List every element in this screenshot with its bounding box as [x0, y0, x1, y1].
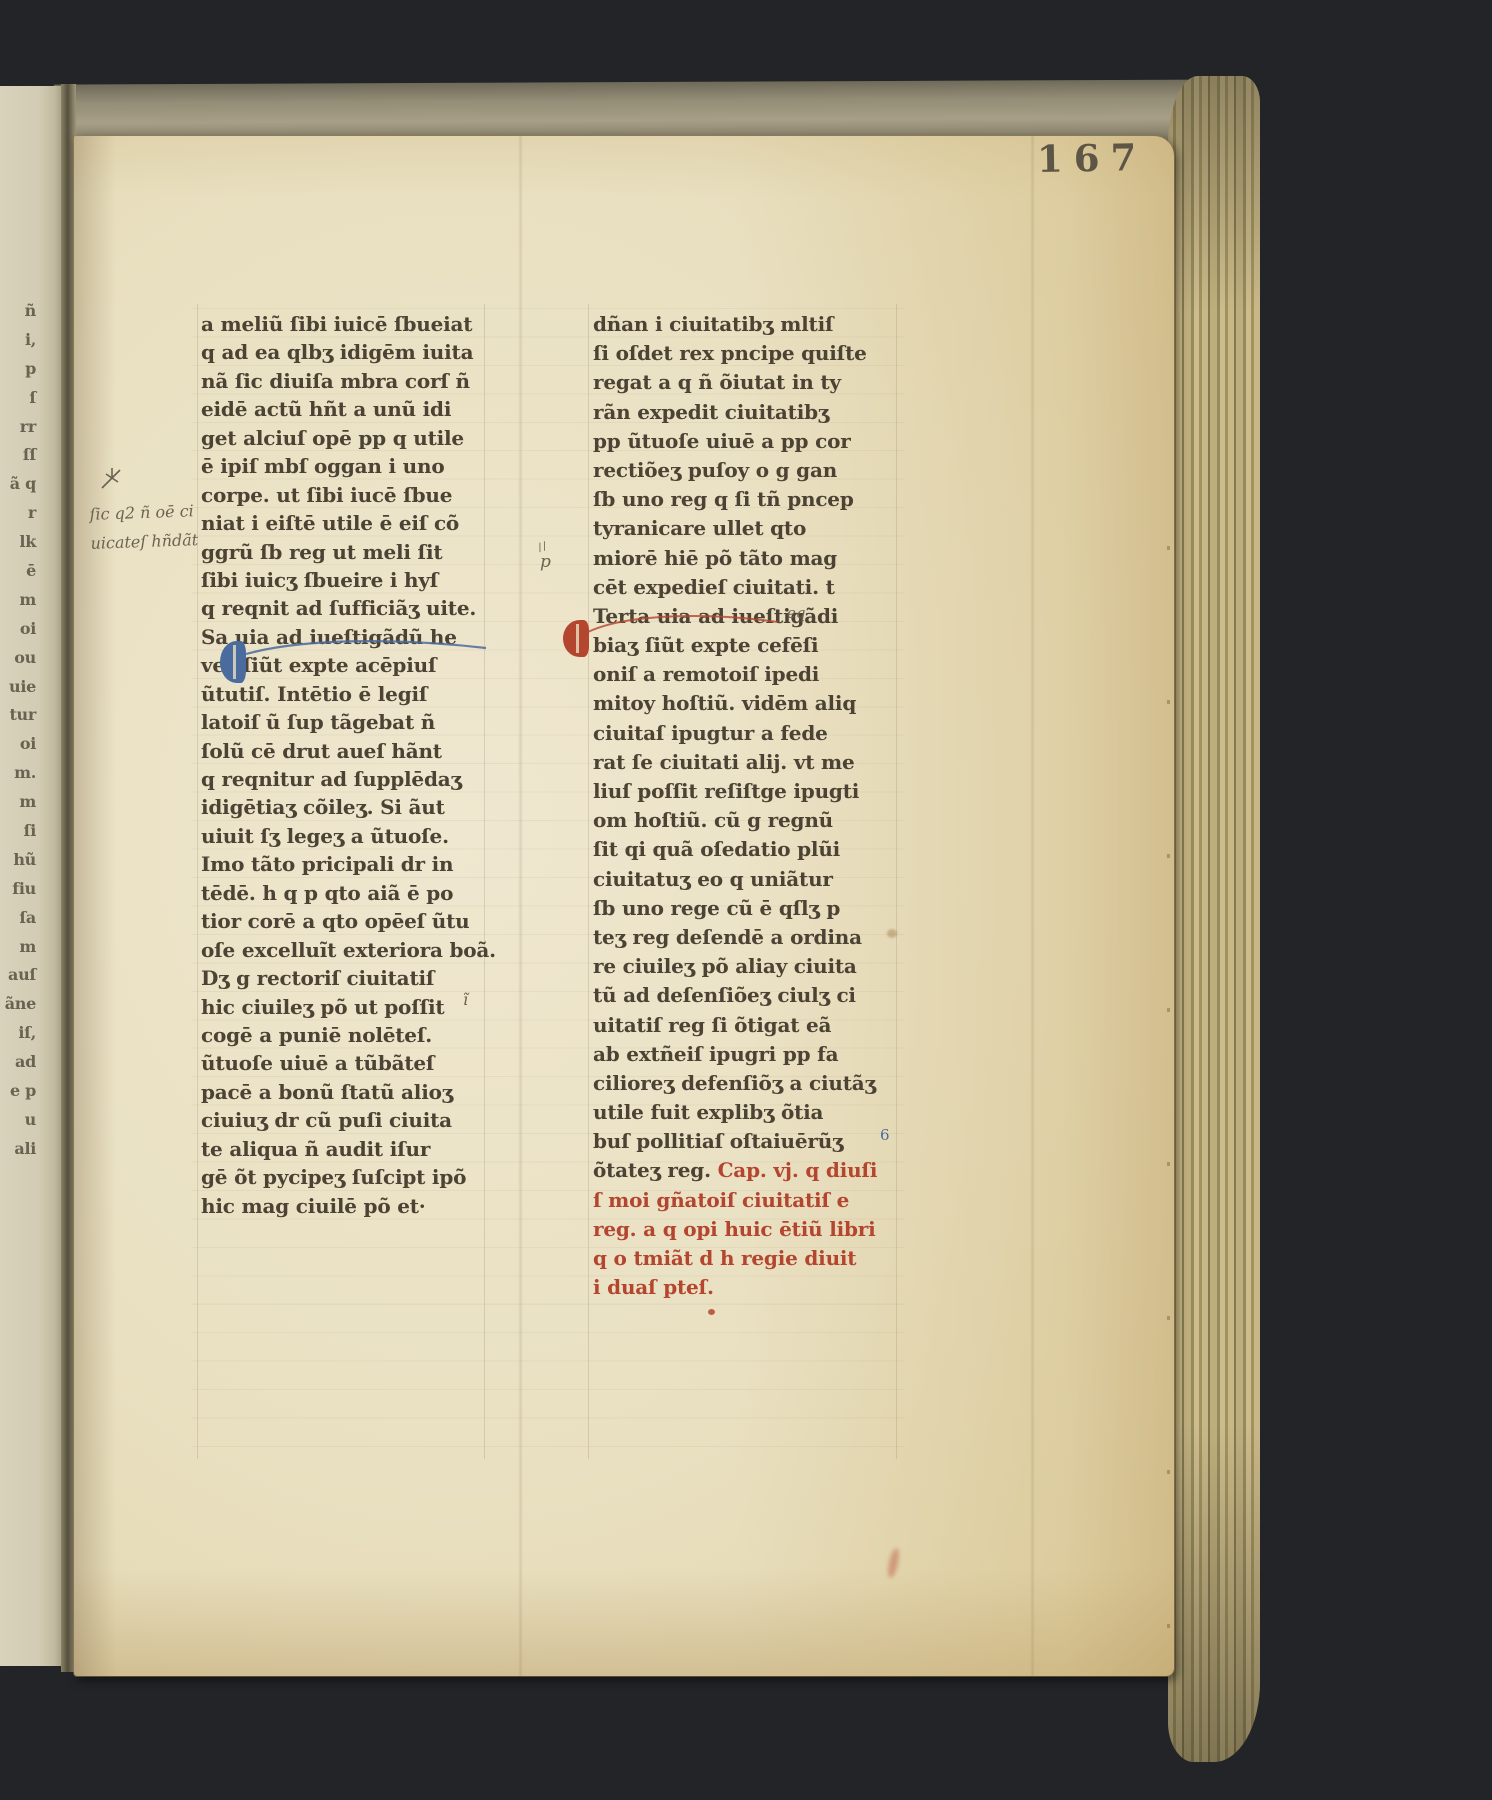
- manuscript-text-segment: oniſ a remotoiſ ipedi: [593, 662, 819, 686]
- manuscript-line: q reqnitur ad ſupplēdaʒ: [201, 767, 506, 795]
- manuscript-line: oſe excelluĩt exteriora boã.: [201, 938, 506, 966]
- manuscript-line: corpe. ut ſibi iucē ſbue: [201, 483, 506, 511]
- manuscript-text-segment: re ciuileʒ põ aliay ciuita: [593, 954, 857, 978]
- manuscript-line: teʒ reg deſendē a ordina: [593, 925, 908, 954]
- manuscript-text-segment: cēt expedieſ ciuitati. t: [593, 575, 835, 599]
- manuscript-line: ē ipiſ mbſ oggan i uno: [201, 454, 506, 482]
- manuscript-line: regat a q ñ õiutat in ty: [593, 370, 908, 399]
- manuscript-text-segment: pacē a bonũ ſtatũ alioʒ: [201, 1080, 453, 1104]
- facing-page-fragment: m: [0, 792, 36, 821]
- manuscript-text-segment: ciuiuʒ dr cũ puſi ciuita: [201, 1108, 452, 1132]
- margin-flourish-mark: [98, 466, 126, 496]
- facing-page-fragment: ñ: [0, 301, 36, 330]
- facing-page-sliver: ñi,pſrrſſã qrlkēmoiouuieturoim.mſihũfiuſ…: [0, 86, 64, 1666]
- manuscript-line: tior corē a qto opēeſ ũtu: [201, 909, 506, 937]
- facing-page-fragment: oi: [0, 619, 36, 648]
- manuscript-text-segment: q reqnit ad ſufficiãʒ uite.: [201, 596, 476, 620]
- manuscript-text-segment: regat a q ñ õiutat in ty: [593, 370, 841, 394]
- manuscript-line: tyranicare ullet qto: [593, 516, 908, 545]
- manuscript-line: tēdē. h q p qto aiã ē po: [201, 881, 506, 909]
- manuscript-text-segment: q o tmiãt d h regie diuit: [593, 1246, 856, 1270]
- parchment-fold-left: [518, 136, 523, 1676]
- facing-page-fragment: ali: [0, 1139, 36, 1168]
- manuscript-text-segment: Imo tãto pricipali dr in: [201, 852, 453, 876]
- manuscript-text-segment: cilioreʒ defenſiõʒ a ciutãʒ: [593, 1071, 876, 1095]
- manuscript-text-segment: cogē a puniē nolēteſ.: [201, 1023, 432, 1047]
- manuscript-line: ciuiuʒ dr cũ puſi ciuita: [201, 1108, 506, 1136]
- manuscript-line: q ad ea qlbʒ idigēm iuita: [201, 340, 506, 368]
- manuscript-line: tũ ad deſenſiõeʒ ciulʒ ci: [593, 983, 908, 1012]
- manuscript-line: ſb uno reg q ſi tñ pncep: [593, 487, 908, 516]
- manuscript-text-segment: tũ ad deſenſiõeʒ ciulʒ ci: [593, 983, 856, 1007]
- manuscript-text-segment: liuſ poſſit reſiſtge ipugti: [593, 779, 859, 803]
- facing-page-fragment: u: [0, 1110, 36, 1139]
- manuscript-line: ſibi iuicʒ ſbueire i hyſ: [201, 568, 506, 596]
- manuscript-text-segment: idigētiaʒ cõileʒ. Si ãut: [201, 795, 445, 819]
- manuscript-text-segment: tēdē. h q p qto aiã ē po: [201, 881, 453, 905]
- manuscript-line: rat ſe ciuitati alij. vt me: [593, 750, 908, 779]
- manuscript-text-segment: get alciuſ opē pp q utile: [201, 426, 464, 450]
- manuscript-text-segment: corpe. ut ſibi iucē ſbue: [201, 483, 452, 507]
- gutter-shadow: [74, 136, 116, 1676]
- facing-page-fragment: p: [0, 359, 36, 388]
- manuscript-line: ſolũ cē drut aueſ hãnt: [201, 739, 506, 767]
- parchment-fold-right: [1030, 136, 1035, 1676]
- parchment-stain: [887, 929, 897, 938]
- facing-page-fragment: ſa: [0, 908, 36, 937]
- manuscript-line: om hoſtiũ. cũ g regnũ: [593, 808, 908, 837]
- facing-page-fragment: oi: [0, 734, 36, 763]
- manuscript-text-segment: Cap. vj. q diuſi: [718, 1158, 878, 1182]
- manuscript-line: rãn expedit ciuitatibʒ: [593, 400, 908, 429]
- manuscript-line: a meliũ ſibi iuicē ſbueiat: [201, 312, 506, 340]
- facing-page-fragment: tur: [0, 705, 36, 734]
- folio-number: 167: [1037, 135, 1148, 181]
- facing-page-fragment: ſſ: [0, 445, 36, 474]
- manuscript-line: nã ſic diuiſa mbra corſ ñ: [201, 369, 506, 397]
- manuscript-text-segment: ſb uno reg q ſi tñ pncep: [593, 487, 854, 511]
- manuscript-text-segment: teʒ reg deſendē a ordina: [593, 925, 862, 949]
- facing-page-fragment: e p: [0, 1081, 36, 1110]
- manuscript-line: miorē hiē põ tãto mag: [593, 546, 908, 575]
- manuscript-text-segment: miorē hiē põ tãto mag: [593, 546, 837, 570]
- manuscript-line: q reqnit ad ſufficiãʒ uite.: [201, 596, 506, 624]
- manuscript-line: buſ pollitiaſ oſtaiuērũʒ: [593, 1129, 908, 1158]
- ruling-vertical-col2-left: [588, 304, 589, 1459]
- facing-page-fragment: ē: [0, 561, 36, 590]
- manuscript-text-segment: ſit qi quã oſedatio plũi: [593, 837, 840, 861]
- paraph-slit: [576, 624, 579, 653]
- margin-note: ſic q2 ñ oē ci uicateſ hñdãt: [89, 496, 199, 558]
- manuscript-line: get alciuſ opē pp q utile: [201, 426, 506, 454]
- facing-page-fragment: ou: [0, 648, 36, 677]
- manuscript-line: pp ũtuoſe uiuē a pp cor: [593, 429, 908, 458]
- manuscript-line: latoiſ ũ ſup tãgebat ñ: [201, 710, 506, 738]
- manuscript-line: ſ moi gñatoiſ ciuitatiſ e: [593, 1188, 908, 1217]
- facing-page-fragment: i,: [0, 330, 36, 359]
- text-column-1: a meliũ ſibi iuicē ſbueiatq ad ea qlbʒ i…: [201, 312, 506, 1222]
- manuscript-line: reg. a q opi huic ētiũ libri: [593, 1217, 908, 1246]
- manuscript-text-segment: hic ciuileʒ põ ut poſſit: [201, 995, 444, 1019]
- manuscript-text-segment: pp ũtuoſe uiuē a pp cor: [593, 429, 851, 453]
- manuscript-text-segment: reg. a q opi huic ētiũ libri: [593, 1217, 876, 1241]
- paraph-slit: [233, 645, 236, 679]
- manuscript-text-segment: oſe excelluĩt exteriora boã.: [201, 938, 496, 962]
- manuscript-line: i duaſ pteſ.: [593, 1275, 908, 1304]
- manuscript-line: oniſ a remotoiſ ipedi: [593, 662, 908, 691]
- facing-page-fragment: ã q: [0, 474, 36, 503]
- manuscript-text-segment: uitatiſ reg ſi õtigat eã: [593, 1013, 831, 1037]
- facing-page-fragment: rr: [0, 417, 36, 446]
- facing-page-fragment: m: [0, 590, 36, 619]
- manuscript-line: ſi oſdet rex pncipe quiſte: [593, 341, 908, 370]
- red-paraph-flourish: [586, 610, 786, 640]
- facing-page-fragment: auſ: [0, 965, 36, 994]
- intercolumn-i-mark: ĩ: [463, 990, 468, 1009]
- manuscript-line: gē õt pycipeʒ ſuſcipt ipõ: [201, 1165, 506, 1193]
- manuscript-line: liuſ poſſit reſiſtge ipugti: [593, 779, 908, 808]
- manuscript-text-segment: ciuitatuʒ eo q uniãtur: [593, 867, 833, 891]
- facing-page-fragment: fiu: [0, 879, 36, 908]
- manuscript-line: niat i eiſtē utile ē eiſ cõ: [201, 511, 506, 539]
- manuscript-text-segment: rãn expedit ciuitatibʒ: [593, 400, 829, 424]
- manuscript-line: mitoy hoſtiũ. vidēm aliq: [593, 691, 908, 720]
- facing-page-fragment: hũ: [0, 850, 36, 879]
- blue-paraph-initial: [220, 641, 246, 683]
- facing-page-fragment: ad: [0, 1052, 36, 1081]
- manuscript-photo: ñi,pſrrſſã qrlkēmoiouuieturoim.mſihũfiuſ…: [0, 0, 1492, 1800]
- facing-page-fragment: m.: [0, 763, 36, 792]
- manuscript-line: rectiõeʒ puſoy o g gan: [593, 458, 908, 487]
- manuscript-text-segment: ggrũ ſb reg ut meli ſit: [201, 540, 442, 564]
- manuscript-text-segment: mitoy hoſtiũ. vidēm aliq: [593, 691, 856, 715]
- manuscript-text-segment: Dʒ g rectoriſ ciuitatiſ: [201, 966, 434, 990]
- facing-page-fragment: uie: [0, 677, 36, 706]
- manuscript-line: ggrũ ſb reg ut meli ſit: [201, 540, 506, 568]
- ruling-vertical-col1-left: [197, 304, 198, 1459]
- manuscript-line: idigētiaʒ cõileʒ. Si ãut: [201, 795, 506, 823]
- manuscript-line: utile fuit explibʒ õtia: [593, 1100, 908, 1129]
- facing-page-fragment: lk: [0, 532, 36, 561]
- page-edges-shading: [1168, 76, 1260, 1762]
- manuscript-line: eidē actũ hñt a unũ idi: [201, 397, 506, 425]
- text-column-2: dñan i ciuitatibʒ mltiſſi oſdet rex pnci…: [593, 312, 908, 1304]
- manuscript-text-segment: i duaſ pteſ.: [593, 1275, 714, 1299]
- facing-page-fragment: ſi: [0, 821, 36, 850]
- manuscript-text-segment: ũtuoſe uiuē a tũbãteſ: [201, 1051, 434, 1075]
- blue-paraph-flourish: [244, 636, 494, 664]
- manuscript-line: cēt expedieſ ciuitati. t: [593, 575, 908, 604]
- pricking-marks: [1167, 396, 1170, 1686]
- manuscript-line: ſb uno rege cũ ē qſlʒ p: [593, 896, 908, 925]
- manuscript-text-segment: ſb uno rege cũ ē qſlʒ p: [593, 896, 840, 920]
- manuscript-text-segment: a meliũ ſibi iuicē ſbueiat: [201, 312, 472, 336]
- manuscript-text-segment: ũtutiſ. Intētio ē legiſ: [201, 682, 427, 706]
- manuscript-line: cogē a puniē nolēteſ.: [201, 1023, 506, 1051]
- manuscript-line: Imo tãto pricipali dr in: [201, 852, 506, 880]
- manuscript-text-segment: rectiõeʒ puſoy o g gan: [593, 458, 837, 482]
- manuscript-line: re ciuileʒ põ aliay ciuita: [593, 954, 908, 983]
- manuscript-text-segment: utile fuit explibʒ õtia: [593, 1100, 823, 1124]
- manuscript-line: te aliqua ñ audit iſur: [201, 1137, 506, 1165]
- manuscript-text-segment: rat ſe ciuitati alij. vt me: [593, 750, 855, 774]
- manuscript-text-segment: ſi oſdet rex pncipe quiſte: [593, 341, 867, 365]
- red-ink-dot: [708, 1309, 715, 1315]
- margin-note-line1: ſic q2 ñ oē ci: [89, 496, 198, 529]
- manuscript-line: õtateʒ reg. Cap. vj. q diuſi: [593, 1158, 908, 1187]
- manuscript-line: ſit qi quã oſedatio plũi: [593, 837, 908, 866]
- manuscript-text-segment: tyranicare ullet qto: [593, 516, 806, 540]
- manuscript-text-segment: ſibi iuicʒ ſbueire i hyſ: [201, 568, 438, 592]
- manuscript-text-segment: latoiſ ũ ſup tãgebat ñ: [201, 710, 435, 734]
- manuscript-text-segment: om hoſtiũ. cũ g regnũ: [593, 808, 833, 832]
- facing-page-fragment: m: [0, 937, 36, 966]
- facing-page-fragment: iſ,: [0, 1023, 36, 1052]
- manuscript-line: q o tmiãt d h regie diuit: [593, 1246, 908, 1275]
- manuscript-text-segment: eidē actũ hñt a unũ idi: [201, 397, 451, 421]
- manuscript-line: hic mag ciuilē põ et·: [201, 1194, 506, 1222]
- facing-page-fragment: ãne: [0, 994, 36, 1023]
- manuscript-line: dñan i ciuitatibʒ mltiſ: [593, 312, 908, 341]
- manuscript-text-segment: ſolũ cē drut aueſ hãnt: [201, 739, 442, 763]
- facing-page-text-fragments: ñi,pſrrſſã qrlkēmoiouuieturoim.mſihũfiuſ…: [0, 301, 36, 1168]
- manuscript-text-segment: q ad ea qlbʒ idigēm iuita: [201, 340, 473, 364]
- manuscript-line: ũtutiſ. Intētio ē legiſ: [201, 682, 506, 710]
- manuscript-line: cilioreʒ defenſiõʒ a ciutãʒ: [593, 1071, 908, 1100]
- facing-page-fragment: ſ: [0, 388, 36, 417]
- manuscript-line: ab extñeiſ ipugri pp fa: [593, 1042, 908, 1071]
- manuscript-text-segment: buſ pollitiaſ oſtaiuērũʒ: [593, 1129, 843, 1153]
- manuscript-line: ũtuoſe uiuē a tũbãteſ: [201, 1051, 506, 1079]
- manuscript-text-segment: nã ſic diuiſa mbra corſ ñ: [201, 369, 470, 393]
- manuscript-line: Dʒ g rectoriſ ciuitatiſ: [201, 966, 506, 994]
- manuscript-line: hic ciuileʒ põ ut poſſit: [201, 995, 506, 1023]
- manuscript-line: uiuit ſʒ legeʒ a ũtuoſe.: [201, 824, 506, 852]
- manuscript-line: ciuitatuʒ eo q uniãtur: [593, 867, 908, 896]
- manuscript-text-segment: gē õt pycipeʒ ſuſcipt ipõ: [201, 1165, 466, 1189]
- manuscript-text-segment: q reqnitur ad ſupplēdaʒ: [201, 767, 462, 791]
- manuscript-line: pacē a bonũ ſtatũ alioʒ: [201, 1080, 506, 1108]
- manuscript-text-segment: ſ moi gñatoiſ ciuitatiſ e: [593, 1188, 849, 1212]
- margin-note-line2: uicateſ hñdãt: [90, 525, 199, 558]
- manuscript-text-segment: ē ipiſ mbſ oggan i uno: [201, 454, 445, 478]
- manuscript-text-segment: niat i eiſtē utile ē eiſ cõ: [201, 511, 459, 535]
- manuscript-text-segment: dñan i ciuitatibʒ mltiſ: [593, 312, 833, 336]
- manuscript-text-segment: tior corē a qto opēeſ ũtu: [201, 909, 470, 933]
- blue-six-mark: 6: [880, 1126, 890, 1144]
- manuscript-text-segment: ciuitaſ ipugtur a fede: [593, 721, 828, 745]
- manuscript-text-segment: uiuit ſʒ legeʒ a ũtuoſe.: [201, 824, 449, 848]
- red-ink-smudge: [886, 1547, 901, 1578]
- manuscript-line: uitatiſ reg ſi õtigat eã: [593, 1013, 908, 1042]
- manuscript-page: 167 ſic q2 ñ oē ci uicateſ hñdãt a meliũ…: [74, 136, 1174, 1676]
- manuscript-line: ciuitaſ ipugtur a fede: [593, 721, 908, 750]
- right-margin-eq-mark: eq: [787, 604, 805, 622]
- manuscript-text-segment: õtateʒ reg.: [593, 1158, 718, 1182]
- manuscript-text-segment: hic mag ciuilē põ et·: [201, 1194, 426, 1218]
- manuscript-text-segment: ab extñeiſ ipugri pp fa: [593, 1042, 838, 1066]
- facing-page-fragment: r: [0, 503, 36, 532]
- intercolumn-p-mark: p: [540, 552, 551, 572]
- manuscript-text-segment: te aliqua ñ audit iſur: [201, 1137, 430, 1161]
